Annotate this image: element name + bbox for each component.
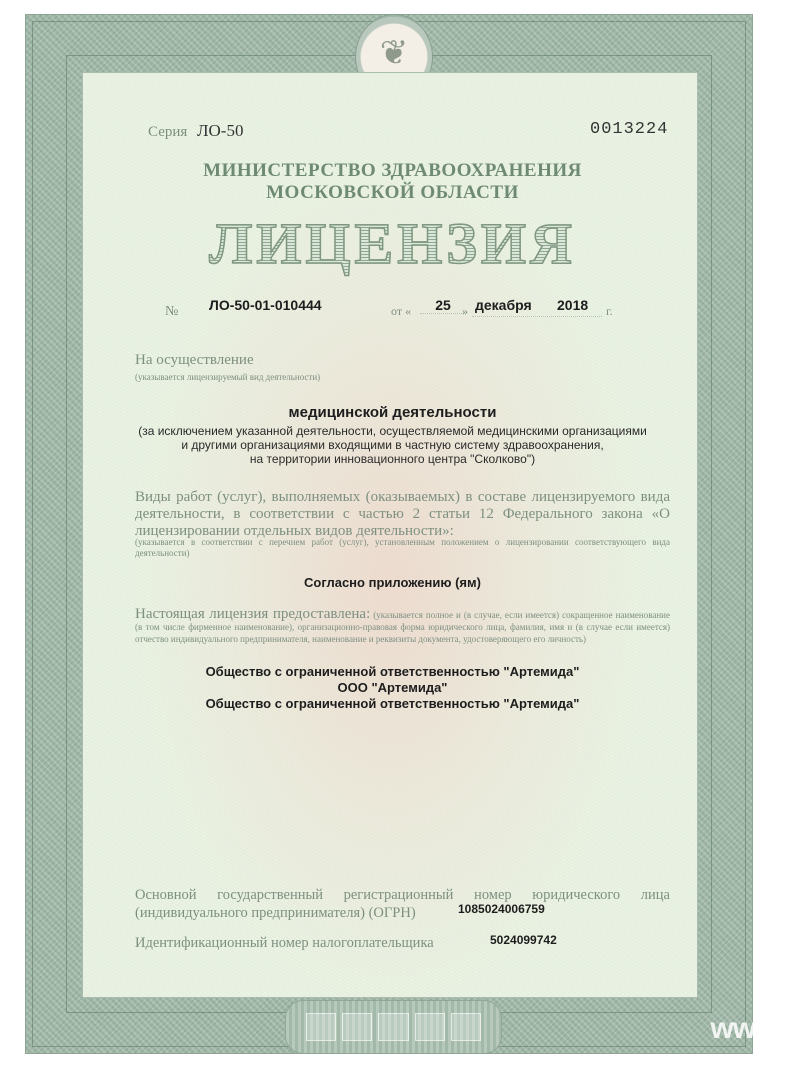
org-brand-name: Общество с ограниченной ответственностью… [110,696,675,711]
date-year: 2018 [557,297,588,313]
inn-value: 5024099742 [490,933,557,947]
bottom-ornament-plate [285,1000,502,1054]
org-short-name: ООО "Артемида" [110,680,675,695]
series-value: ЛО-50 [197,121,243,141]
date-year-suffix: г. [606,304,613,319]
activity-note: (указывается лицензируемый вид деятельно… [135,372,320,382]
org-full-name: Общество с ограниченной ответственностью… [110,664,675,679]
activity-value: медицинской деятельности [110,404,675,421]
date-underline [472,316,602,317]
inn-label: Идентификационный номер налогоплательщик… [135,935,434,952]
granted-label: Настоящая лицензия предоставлена: [135,606,370,622]
date-close-quote: » [462,304,468,319]
date-month: декабря [475,297,532,313]
document-title: ЛИЦЕНЗИЯ [110,212,675,276]
number-sign: № [165,304,178,320]
eagle-icon: ❦ [356,33,432,73]
works-note: (указывается в соответствии с перечнем р… [135,537,670,559]
activity-exclusion: (за исключением указанной деятельности, … [110,424,675,466]
ogrn-label: Основной государственный регистрационный… [135,886,670,922]
date-day: 25 [420,297,466,314]
serial-number: 0013224 [590,120,668,139]
ministry-name: МИНИСТЕРСТВО ЗДРАВООХРАНЕНИЯ МОСКОВСКОЙ … [110,160,675,204]
license-number: ЛО-50-01-010444 [209,297,322,313]
corner-watermark: ww [710,1012,755,1046]
works-value: Согласно приложению (ям) [110,575,675,590]
series-label: Серия [148,124,187,141]
ogrn-value: 1085024006759 [458,902,545,916]
activity-label: На осуществление [135,352,254,369]
granted-block: Настоящая лицензия предоставлена: (указы… [135,608,670,645]
works-label: Виды работ (услуг), выполняемых (оказыва… [135,489,670,540]
date-from-label: от « [391,304,411,319]
